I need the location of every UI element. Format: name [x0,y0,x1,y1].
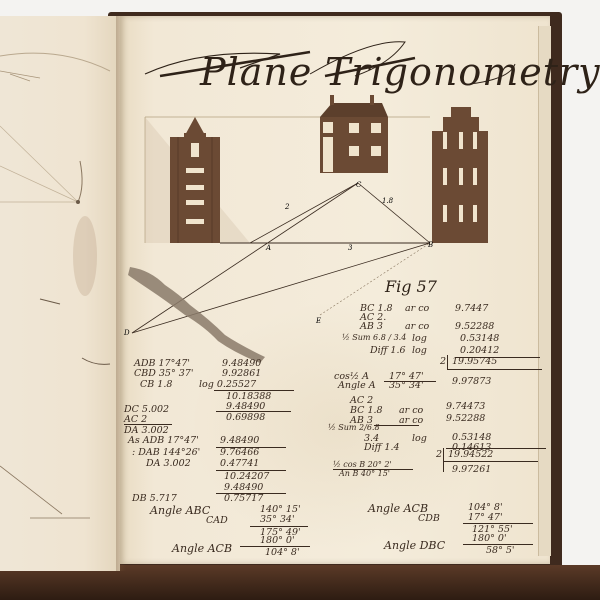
handwritten-text: 180° 0' [472,534,507,544]
handwritten-text: E [315,317,321,325]
title-word-trigonometry: Trigonometry [325,50,600,94]
handwritten-text: CB 1.8 [140,380,172,390]
handwritten-text: 2 [284,203,290,211]
figure-label: Fig 57 [385,277,437,296]
handwritten-text: DA 3.002 [146,459,191,469]
handwritten-text: ½ Sum 2/6.8 [328,424,380,432]
handwritten-text: 35° 34' [389,381,424,391]
handwritten-text: B [427,241,433,249]
handwritten-text: : DAB 144°26' [132,448,200,458]
handwritten-text: 9.52288 [446,414,485,424]
handwritten-text: 180° 0' [260,536,295,546]
handwritten-text: ½ Sum 6.8 / 3.4 [342,334,406,342]
handwritten-text: Diff 1.4 [364,443,400,453]
handwritten-text: 2 [440,357,446,367]
two-story-house-icon [320,95,388,173]
handwritten-text: CBD 35° 37' [134,369,193,379]
handwritten-text: log [412,434,427,444]
handwritten-text: 9.74473 [446,402,485,412]
handwritten-text: 2 [436,450,442,460]
handwritten-text: CDB [418,514,440,524]
handwritten-text: log 0.25527 [199,380,256,390]
handwritten-text: 9.48490 [220,436,259,446]
steeple-building-icon [170,117,220,243]
handwritten-text: 19.95745 [452,357,497,367]
stepped-tower-icon [432,107,488,243]
handwritten-text: 9.92861 [222,369,261,379]
handwritten-text: 3 [348,244,353,252]
handwritten-text: Angle DBC [384,540,445,551]
handwritten-text: 19.94522 [448,450,493,460]
handwritten-text: AB 3 [360,322,383,332]
handwritten-text: An B 40° 15' [339,470,390,478]
handwritten-text: 104° 8' [265,548,300,558]
left-page [0,16,120,571]
handwritten-text: 35° 34' [260,515,295,525]
handwritten-text: 0.47741 [220,459,259,469]
handwritten-text: 0.20412 [460,346,499,356]
handwritten-text: 9.48490 [224,483,263,493]
handwritten-text: D [123,329,130,337]
title-word-plane: Plane [200,50,312,94]
handwritten-text: Angle ACB [172,543,232,554]
handwritten-text: log [412,334,427,344]
handwritten-text: 0.75717 [224,494,263,504]
handwritten-text: 9.76466 [220,448,259,458]
left-page-sketch [0,16,120,571]
handwritten-text: Diff 1.6 [370,346,406,356]
handwritten-text: C [356,181,362,189]
handwritten-text: 1.8 [382,197,394,205]
handwritten-text: 0.53148 [460,334,499,344]
handwritten-text: 9.97261 [452,465,491,475]
handwritten-text: A [265,244,271,252]
handwritten-text: 58° 5' [486,546,515,556]
handwritten-text: 0.69898 [226,413,265,423]
handwritten-text: 9.97873 [452,377,491,387]
handwritten-text: ar co [405,322,429,332]
river-icon [128,267,265,363]
handwritten-text: log [412,346,427,356]
handwritten-text: DB 5.717 [132,494,177,504]
handwritten-text: CAD [206,516,228,526]
handwritten-text: ar co [405,304,429,314]
handwritten-text: As ADB 17°47' [128,436,199,446]
handwritten-text: 10.24207 [224,472,269,482]
handwritten-text: Angle A [338,381,376,391]
handwritten-text: ½ cos B 20° 2' [333,461,392,469]
handwritten-text: Angle ABC [150,505,210,516]
handwritten-text: 9.52288 [455,322,494,332]
handwritten-text: 17° 47' [468,513,503,523]
handwritten-text: 9.7447 [455,304,488,314]
